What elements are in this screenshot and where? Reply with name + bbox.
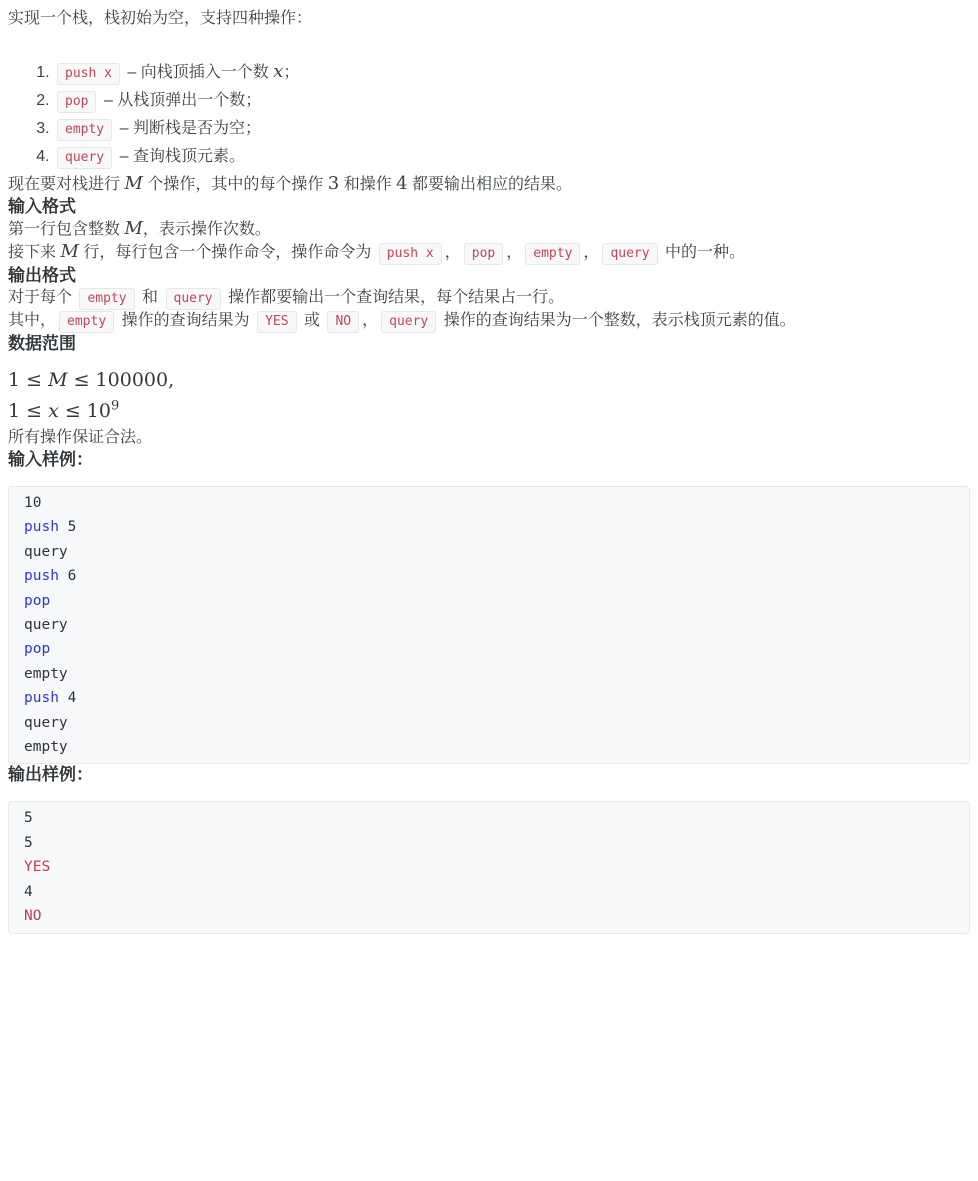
output-format-paragraph-1: 对于每个 empty 和 query 操作都要输出一个查询结果，每个结果占一行。 [8, 287, 970, 310]
text: ， [583, 244, 599, 261]
text: ≤ 10 [59, 400, 111, 422]
inline-code-query: query [57, 147, 112, 169]
output-format-heading: 输出格式 [8, 265, 970, 287]
code-line: push 5 [24, 515, 954, 539]
code-line: push 6 [24, 564, 954, 588]
code-token-plain: 5 [59, 519, 76, 535]
sample-output-block: 55YES4NO [8, 801, 970, 933]
math-var-M: M [124, 173, 142, 194]
code-token-plain: 5 [24, 835, 33, 851]
code-line: empty [24, 662, 954, 686]
input-format-heading: 输入格式 [8, 196, 970, 218]
inline-code-query: query [166, 288, 221, 310]
operation-item-query: query – 查询栈顶元素。 [54, 145, 970, 169]
text: 中的一种。 [661, 244, 745, 261]
text: 个操作，其中的每个操作 [143, 176, 328, 193]
text: 操作都要输出一个查询结果，每个结果占一行。 [224, 289, 564, 306]
text: 行，每行包含一个操作命令，操作命令为 [79, 244, 376, 261]
problem-statement: 实现一个栈，栈初始为空，支持四种操作： push x – 向栈顶插入一个数 x；… [0, 0, 978, 948]
text: 第一行包含整数 [8, 221, 124, 238]
code-line: pop [24, 637, 954, 661]
text: 其中， [8, 312, 56, 329]
inline-code-empty: empty [79, 288, 134, 310]
inline-code-empty: empty [525, 243, 580, 265]
code-line: 4 [24, 880, 954, 904]
code-line: NO [24, 904, 954, 928]
code-line: query [24, 540, 954, 564]
math-var-x: x [48, 400, 59, 422]
m-operations-paragraph: 现在要对栈进行 M 个操作，其中的每个操作 3 和操作 4 都要输出相应的结果。 [8, 173, 970, 196]
inline-code-yes: YES [257, 311, 296, 333]
constraint-m: 1 ≤ M ≤ 100000, [8, 365, 970, 396]
sample-input-heading: 输入样例： [8, 449, 970, 471]
text: ， [362, 312, 378, 329]
math-var-x: x [273, 61, 283, 82]
inline-code-push-x: push x [57, 63, 120, 85]
text: 判断栈是否为空 [129, 120, 245, 137]
text: 1 ≤ [8, 369, 48, 391]
text: ≤ 100000, [68, 369, 175, 391]
code-line: query [24, 711, 954, 735]
code-line: YES [24, 855, 954, 879]
text: 对于每个 [8, 289, 76, 306]
code-token-keyword: push [24, 519, 59, 535]
code-token-plain: 10 [24, 495, 41, 511]
code-token-keyword: pop [24, 641, 50, 657]
code-line: pop [24, 589, 954, 613]
math-num-3: 3 [328, 173, 339, 194]
operation-item-empty: empty – 判断栈是否为空； [54, 117, 970, 141]
inline-code-empty: empty [57, 119, 112, 141]
intro-paragraph: 实现一个栈，栈初始为空，支持四种操作： [8, 8, 970, 30]
text: 从栈顶弹出一个数 [113, 92, 245, 109]
text: 接下来 [8, 244, 60, 261]
text: 和操作 [339, 176, 396, 193]
inline-code-query: query [602, 243, 657, 265]
code-token-plain: 5 [24, 810, 33, 826]
validity-note: 所有操作保证合法。 [8, 427, 970, 449]
math-exponent: 9 [111, 399, 119, 414]
text: 操作的查询结果为一个整数，表示栈顶元素的值。 [439, 312, 795, 329]
text: 实现一个栈，栈初始为空，支持四种操作： [8, 10, 312, 27]
inline-code-empty: empty [59, 311, 114, 333]
code-token-plain: query [24, 617, 68, 633]
constraint-x: 1 ≤ x ≤ 109 [8, 396, 970, 427]
text: ， [506, 244, 522, 261]
inline-code-pop: pop [464, 243, 503, 265]
inline-code-push-x: push x [379, 243, 442, 265]
text: – [120, 148, 129, 165]
inline-code-pop: pop [57, 91, 96, 113]
code-token-literal: NO [24, 908, 41, 924]
code-token-keyword: push [24, 568, 59, 584]
code-token-plain: 4 [24, 884, 33, 900]
text: – [120, 120, 129, 137]
text: ； [245, 92, 261, 109]
text: 或 [300, 312, 325, 329]
code-token-plain: empty [24, 666, 68, 682]
output-format-paragraph-2: 其中，empty 操作的查询结果为 YES 或 NO，query 操作的查询结果… [8, 310, 970, 333]
math-var-M: M [124, 218, 142, 239]
sample-input-block: 10push 5querypush 6popquerypopemptypush … [8, 486, 970, 764]
sample-output-heading: 输出样例： [8, 764, 970, 786]
code-line: push 4 [24, 686, 954, 710]
text: 现在要对栈进行 [8, 176, 124, 193]
inline-code-no: NO [327, 311, 359, 333]
text: – [127, 64, 136, 81]
text: 都要输出相应的结果。 [408, 176, 572, 193]
text: 。 [229, 148, 245, 165]
text: 所有操作保证合法。 [8, 429, 152, 446]
text: 1 ≤ [8, 400, 48, 422]
inline-code-query: query [381, 311, 436, 333]
code-token-plain: query [24, 715, 68, 731]
code-token-plain: 4 [59, 690, 76, 706]
text: ，表示操作次数。 [143, 221, 271, 238]
code-token-plain: query [24, 544, 68, 560]
data-range-heading: 数据范围 [8, 333, 970, 355]
text: 操作的查询结果为 [117, 312, 254, 329]
code-token-plain: 6 [59, 568, 76, 584]
math-var-M: M [48, 369, 67, 391]
text: 和 [138, 289, 163, 306]
math-var-M: M [60, 241, 78, 262]
text: ， [445, 244, 461, 261]
operations-list: push x – 向栈顶插入一个数 x； pop – 从栈顶弹出一个数； emp… [8, 60, 970, 169]
text: 向栈顶插入一个数 [136, 64, 273, 81]
math-num-4: 4 [396, 173, 407, 194]
code-token-literal: YES [24, 859, 50, 875]
operation-item-pop: pop – 从栈顶弹出一个数； [54, 89, 970, 113]
text: ； [245, 120, 261, 137]
code-token-keyword: push [24, 690, 59, 706]
code-line: query [24, 613, 954, 637]
operation-item-push: push x – 向栈顶插入一个数 x； [54, 60, 970, 85]
text: 查询栈顶元素 [129, 148, 229, 165]
text: ； [283, 64, 299, 81]
input-format-paragraph-1: 第一行包含整数 M，表示操作次数。 [8, 218, 970, 241]
text: – [104, 92, 113, 109]
code-line: 10 [24, 491, 954, 515]
code-line: 5 [24, 806, 954, 830]
input-format-paragraph-2: 接下来 M 行，每行包含一个操作命令，操作命令为 push x，pop，empt… [8, 241, 970, 265]
code-line: 5 [24, 831, 954, 855]
code-line: empty [24, 735, 954, 759]
code-token-keyword: pop [24, 593, 50, 609]
code-token-plain: empty [24, 739, 68, 755]
